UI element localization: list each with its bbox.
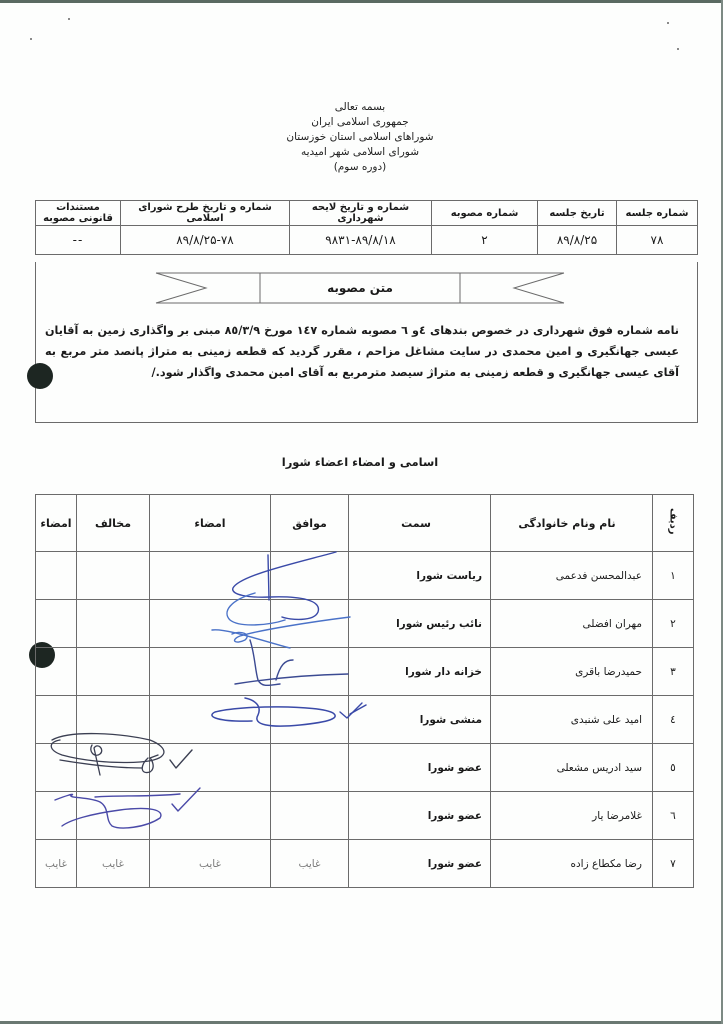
scan-speck — [68, 18, 70, 20]
member-row: ۷ رضا مکطاع زاده عضو شورا غایب غایب غایب… — [36, 840, 694, 888]
member-name: غلامرضا یار — [491, 792, 653, 840]
member-role: عضو شورا — [349, 744, 491, 792]
member-row: ٦ غلامرضا یار عضو شورا — [36, 792, 694, 840]
punch-hole — [27, 363, 53, 389]
letterhead-country: جمهوری اسلامی ایران — [250, 115, 470, 130]
resolution-number: ۲ — [432, 226, 538, 255]
member-name: سید ادریس مشعلی — [491, 744, 653, 792]
member-name: مهران افضلی — [491, 600, 653, 648]
member-agree — [271, 792, 349, 840]
session-number: ۷۸ — [617, 226, 698, 255]
member-agree — [271, 744, 349, 792]
resolution-text: نامه شماره فوق شهرداری در خصوص بندهای ٤و… — [45, 320, 679, 383]
member-signature-oppose — [36, 600, 77, 648]
scan-speck — [30, 38, 32, 40]
member-number: ۱ — [653, 552, 694, 600]
member-number: ۷ — [653, 840, 694, 888]
members-header-row: ردیف نام ونام خانوادگی سمت موافق امضاء م… — [36, 495, 694, 552]
member-number: ٤ — [653, 696, 694, 744]
member-signature-agree — [150, 744, 271, 792]
header-municipal-bill: شماره و تاریخ لایحه شهرداری — [290, 201, 432, 226]
letterhead-basmala: بسمه تعالی — [250, 100, 470, 115]
member-oppose — [77, 696, 150, 744]
member-row: ۲ مهران افضلی نائب رئیس شورا — [36, 600, 694, 648]
member-agree — [271, 552, 349, 600]
members-title: اسامی و امضاء اعضاء شورا — [250, 455, 470, 469]
member-agree — [271, 648, 349, 696]
member-name: رضا مکطاع زاده — [491, 840, 653, 888]
member-role: منشی شورا — [349, 696, 491, 744]
member-role: نائب رئیس شورا — [349, 600, 491, 648]
member-agree — [271, 600, 349, 648]
resolution-meta-table: شماره جلسه تاریخ جلسه شماره مصوبه شماره … — [35, 200, 698, 255]
member-oppose — [77, 552, 150, 600]
member-signature-agree — [150, 600, 271, 648]
member-agree — [271, 696, 349, 744]
member-row: ۳ حمیدرضا باقری خزانه دار شورا — [36, 648, 694, 696]
member-row: ٤ امید علی شنبدی منشی شورا — [36, 696, 694, 744]
member-number: ۲ — [653, 600, 694, 648]
member-agree-absent: غایب — [271, 840, 349, 888]
member-row: ۱ عبدالمحسن فدعمی ریاست شورا — [36, 552, 694, 600]
member-role: عضو شورا — [349, 840, 491, 888]
member-name: عبدالمحسن فدعمی — [491, 552, 653, 600]
member-number: ٦ — [653, 792, 694, 840]
header-council-plan: شماره و تاریخ طرح شورای اسلامی — [121, 201, 290, 226]
member-oppose — [77, 744, 150, 792]
member-oppose — [77, 648, 150, 696]
member-signature-agree — [150, 552, 271, 600]
member-signature-agree-absent: غایب — [150, 840, 271, 888]
header-session-number: شماره جلسه — [617, 201, 698, 226]
resolution-title: متن مصوبه — [260, 272, 460, 304]
header-session-date: تاریخ جلسه — [538, 201, 617, 226]
member-number: ٥ — [653, 744, 694, 792]
meta-value-row: ۷۸ ۸۹/۸/۲۵ ۲ ۹۸۳۱-۸۹/۸/۱۸ ۸۹/۸/۲۵-۷۸ -- — [36, 226, 698, 255]
header-legal-documents: مستندات قانونی مصوبه — [36, 201, 121, 226]
header-agree: موافق — [271, 495, 349, 552]
member-row: ٥ سید ادریس مشعلی عضو شورا — [36, 744, 694, 792]
meta-header-row: شماره جلسه تاریخ جلسه شماره مصوبه شماره … — [36, 201, 698, 226]
resolution-banner: متن مصوبه — [154, 272, 566, 304]
member-name: حمیدرضا باقری — [491, 648, 653, 696]
letterhead-term: (دوره سوم) — [250, 160, 470, 175]
header-row-number: ردیف — [653, 495, 694, 552]
member-name: امید علی شنبدی — [491, 696, 653, 744]
header-signature-oppose: امضاء — [36, 495, 77, 552]
letterhead-province-council: شوراهای اسلامی استان خوزستان — [250, 130, 470, 145]
member-oppose-absent: غایب — [77, 840, 150, 888]
member-signature-oppose — [36, 648, 77, 696]
scan-speck — [667, 22, 669, 24]
member-role: ریاست شورا — [349, 552, 491, 600]
member-signature-agree — [150, 648, 271, 696]
header-role: سمت — [349, 495, 491, 552]
members-table: ردیف نام ونام خانوادگی سمت موافق امضاء م… — [35, 494, 694, 888]
letterhead: بسمه تعالی جمهوری اسلامی ایران شوراهای ا… — [250, 100, 470, 175]
member-oppose — [77, 600, 150, 648]
member-signature-agree — [150, 792, 271, 840]
member-signature-oppose — [36, 744, 77, 792]
legal-documents: -- — [36, 226, 121, 255]
member-role: عضو شورا — [349, 792, 491, 840]
header-signature-agree: امضاء — [150, 495, 271, 552]
municipal-bill: ۹۸۳۱-۸۹/۸/۱۸ — [290, 226, 432, 255]
scan-speck — [677, 48, 679, 50]
header-oppose: مخالف — [77, 495, 150, 552]
header-name: نام ونام خانوادگی — [491, 495, 653, 552]
member-oppose — [77, 792, 150, 840]
council-plan: ۸۹/۸/۲۵-۷۸ — [121, 226, 290, 255]
member-signature-oppose — [36, 552, 77, 600]
member-signature-oppose — [36, 696, 77, 744]
letterhead-city-council: شورای اسلامی شهر امیدیه — [250, 145, 470, 160]
session-date: ۸۹/۸/۲۵ — [538, 226, 617, 255]
header-resolution-number: شماره مصوبه — [432, 201, 538, 226]
member-signature-oppose-absent: غایب — [36, 840, 77, 888]
member-signature-agree — [150, 696, 271, 744]
scan-edge-top — [0, 0, 723, 3]
member-signature-oppose — [36, 792, 77, 840]
member-number: ۳ — [653, 648, 694, 696]
member-role: خزانه دار شورا — [349, 648, 491, 696]
